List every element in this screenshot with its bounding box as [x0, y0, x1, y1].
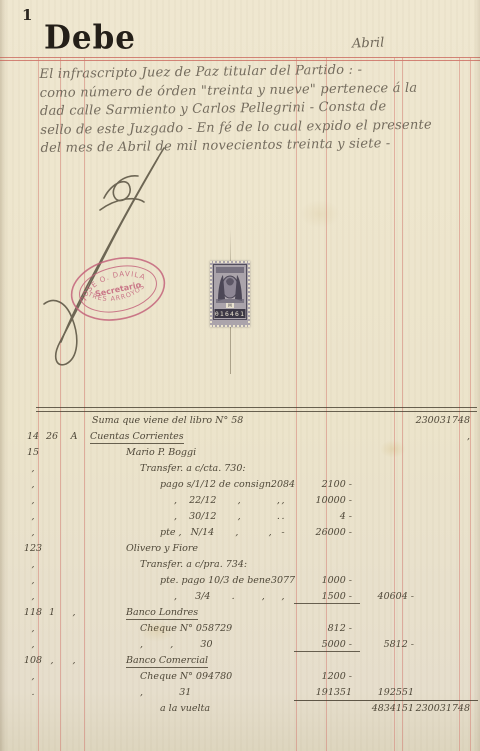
ledger-page: 1 Debe Abril El infrascripto Juez de Paz… [0, 0, 480, 751]
ledger-cell-day: 15 [22, 447, 44, 458]
ledger-cell-carried-total: 230031748 [402, 415, 470, 426]
ledger-row: 1181,Banco Londres [0, 605, 480, 621]
ledger-row: ,, 3/4 . ,,1500 -40604 - [0, 589, 480, 605]
ledger-cell-description: Cuentas Corrientes [90, 431, 184, 444]
ledger-row: 123Olivero y Fiore [0, 541, 480, 557]
ledger-row: a la vuelta4834151230031748 [0, 701, 480, 717]
ledger-cell-letter: A [64, 431, 84, 442]
page-title: Debe [44, 19, 136, 56]
ledger-row: 15Mario P. Boggi [0, 445, 480, 461]
ledger-cell-amount: 1500 - [294, 591, 352, 602]
ledger-cell-day: , [22, 639, 44, 650]
page-number: 1 [22, 6, 32, 24]
ledger-cell-day: 108 [22, 655, 44, 666]
revenue-stamp: M 016461 [210, 261, 250, 327]
ledger-row: ,Transfer. a c/pra. 734: [0, 557, 480, 573]
paper-stain [300, 200, 340, 228]
ledger-cell-day: , [22, 671, 44, 682]
ledger-cell-description: Suma que viene del libro N° 58 [92, 415, 243, 426]
total-rule [36, 407, 477, 412]
ledger-cell-folio: 26 [42, 431, 62, 442]
ledger-row: ,pte , N/14 , ,-26000 - [0, 525, 480, 541]
ledger-cell-day: , [22, 527, 44, 538]
stamp-serial: 016461 [215, 310, 245, 318]
ledger-cell-day: , [22, 479, 44, 490]
amount-underline [294, 651, 360, 652]
ledger-row: ,Transfer. a c/cta. 730: [0, 461, 480, 477]
ledger-cell-description: Banco Comercial [126, 655, 208, 668]
ledger-rows: Suma que viene del libro N° 582300317481… [0, 413, 480, 717]
ledger-cell-amount: 1000 - [294, 575, 352, 586]
ledger-cell-folio: , [42, 655, 62, 666]
ledger-cell-amount: 2100 - [294, 479, 352, 490]
ledger-cell-amount: 4 - [294, 511, 352, 522]
ledger-cell-day: , [22, 575, 44, 586]
ledger-cell-description: Mario P. Boggi [126, 447, 196, 458]
ledger-cell-description: a la vuelta [160, 703, 210, 714]
ledger-cell-day: , [22, 559, 44, 570]
ledger-row: ,pago s/1/12 de consign.20842100 - [0, 477, 480, 493]
svg-text:M: M [228, 303, 232, 308]
ledger-cell-description: pte. pago 10/3 de bene [160, 575, 271, 586]
ledger-row: ,, 22/12 , ,,10000 - [0, 493, 480, 509]
ledger-row: ,, , 305000 -5812 - [0, 637, 480, 653]
ledger-row: ,, 30/12 , ..4 - [0, 509, 480, 525]
ledger-cell-description: Olivero y Fiore [126, 543, 198, 554]
ledger-cell-amount: 812 - [294, 623, 352, 634]
ledger-cell-carried-total: 230031748 [402, 703, 470, 714]
ledger-cell-amount: 5000 - [294, 639, 352, 650]
ledger-cell-day: 118 [22, 607, 44, 618]
ledger-cell-description: Cheque N° 058729 [140, 623, 232, 634]
ledger-cell-day: . [22, 687, 44, 698]
ledger-cell-day: , [22, 511, 44, 522]
ledger-row: Suma que viene del libro N° 58230031748 [0, 413, 480, 429]
ledger-cell-description: Transfer. a c/pra. 734: [140, 559, 247, 570]
certificate-text: El infrascripto Juez de Paz titular del … [39, 60, 476, 159]
ledger-row: ,Cheque N° 0947801200 - [0, 669, 480, 685]
ledger-row: ,pte. pago 10/3 de bene30771000 - [0, 573, 480, 589]
ledger-cell-day: 14 [22, 431, 44, 442]
ledger-cell-amount: 10000 - [294, 495, 352, 506]
ledger-cell-subtotal: 5812 - [352, 639, 414, 650]
ledger-cell-day: , [22, 591, 44, 602]
ledger-cell-description: , 3/4 . , [174, 591, 265, 602]
month-annotation: Abril [352, 35, 385, 51]
ledger-cell-day: 123 [22, 543, 44, 554]
ledger-cell-amount: 191351 [294, 687, 352, 698]
ledger-cell-carried-total: , [402, 431, 470, 442]
ledger-cell-description: , 31 [140, 687, 191, 698]
ledger-cell-folio: 1 [42, 607, 62, 618]
ledger-cell-letter: , [64, 655, 84, 666]
ledger-cell-description: Cheque N° 094780 [140, 671, 232, 682]
ledger-cell-day: , [22, 623, 44, 634]
ledger-cell-letter: , [64, 607, 84, 618]
ledger-cell-description: Transfer. a c/cta. 730: [140, 463, 246, 474]
ledger-cell-amount: 1200 - [294, 671, 352, 682]
amount-underline [294, 603, 360, 604]
ledger-cell-description: pago s/1/12 de consign. [160, 479, 274, 490]
top-rule [0, 57, 480, 58]
ledger-cell-day: , [22, 463, 44, 474]
ledger-cell-description: Banco Londres [126, 607, 198, 620]
ledger-cell-subtotal: 192551 [352, 687, 414, 698]
ledger-cell-day: , [22, 495, 44, 506]
ledger-cell-subtotal: 40604 - [352, 591, 414, 602]
ledger-cell-description: pte , N/14 , , [160, 527, 272, 538]
ledger-row: 1426ACuentas Corrientes, [0, 429, 480, 445]
ledger-cell-description: , , 30 [140, 639, 212, 650]
ledger-row: ., 31191351192551 [0, 685, 480, 701]
ledger-row: ,Cheque N° 058729812 - [0, 621, 480, 637]
ledger-row: 108,,Banco Comercial [0, 653, 480, 669]
ledger-cell-amount: 26000 - [294, 527, 352, 538]
